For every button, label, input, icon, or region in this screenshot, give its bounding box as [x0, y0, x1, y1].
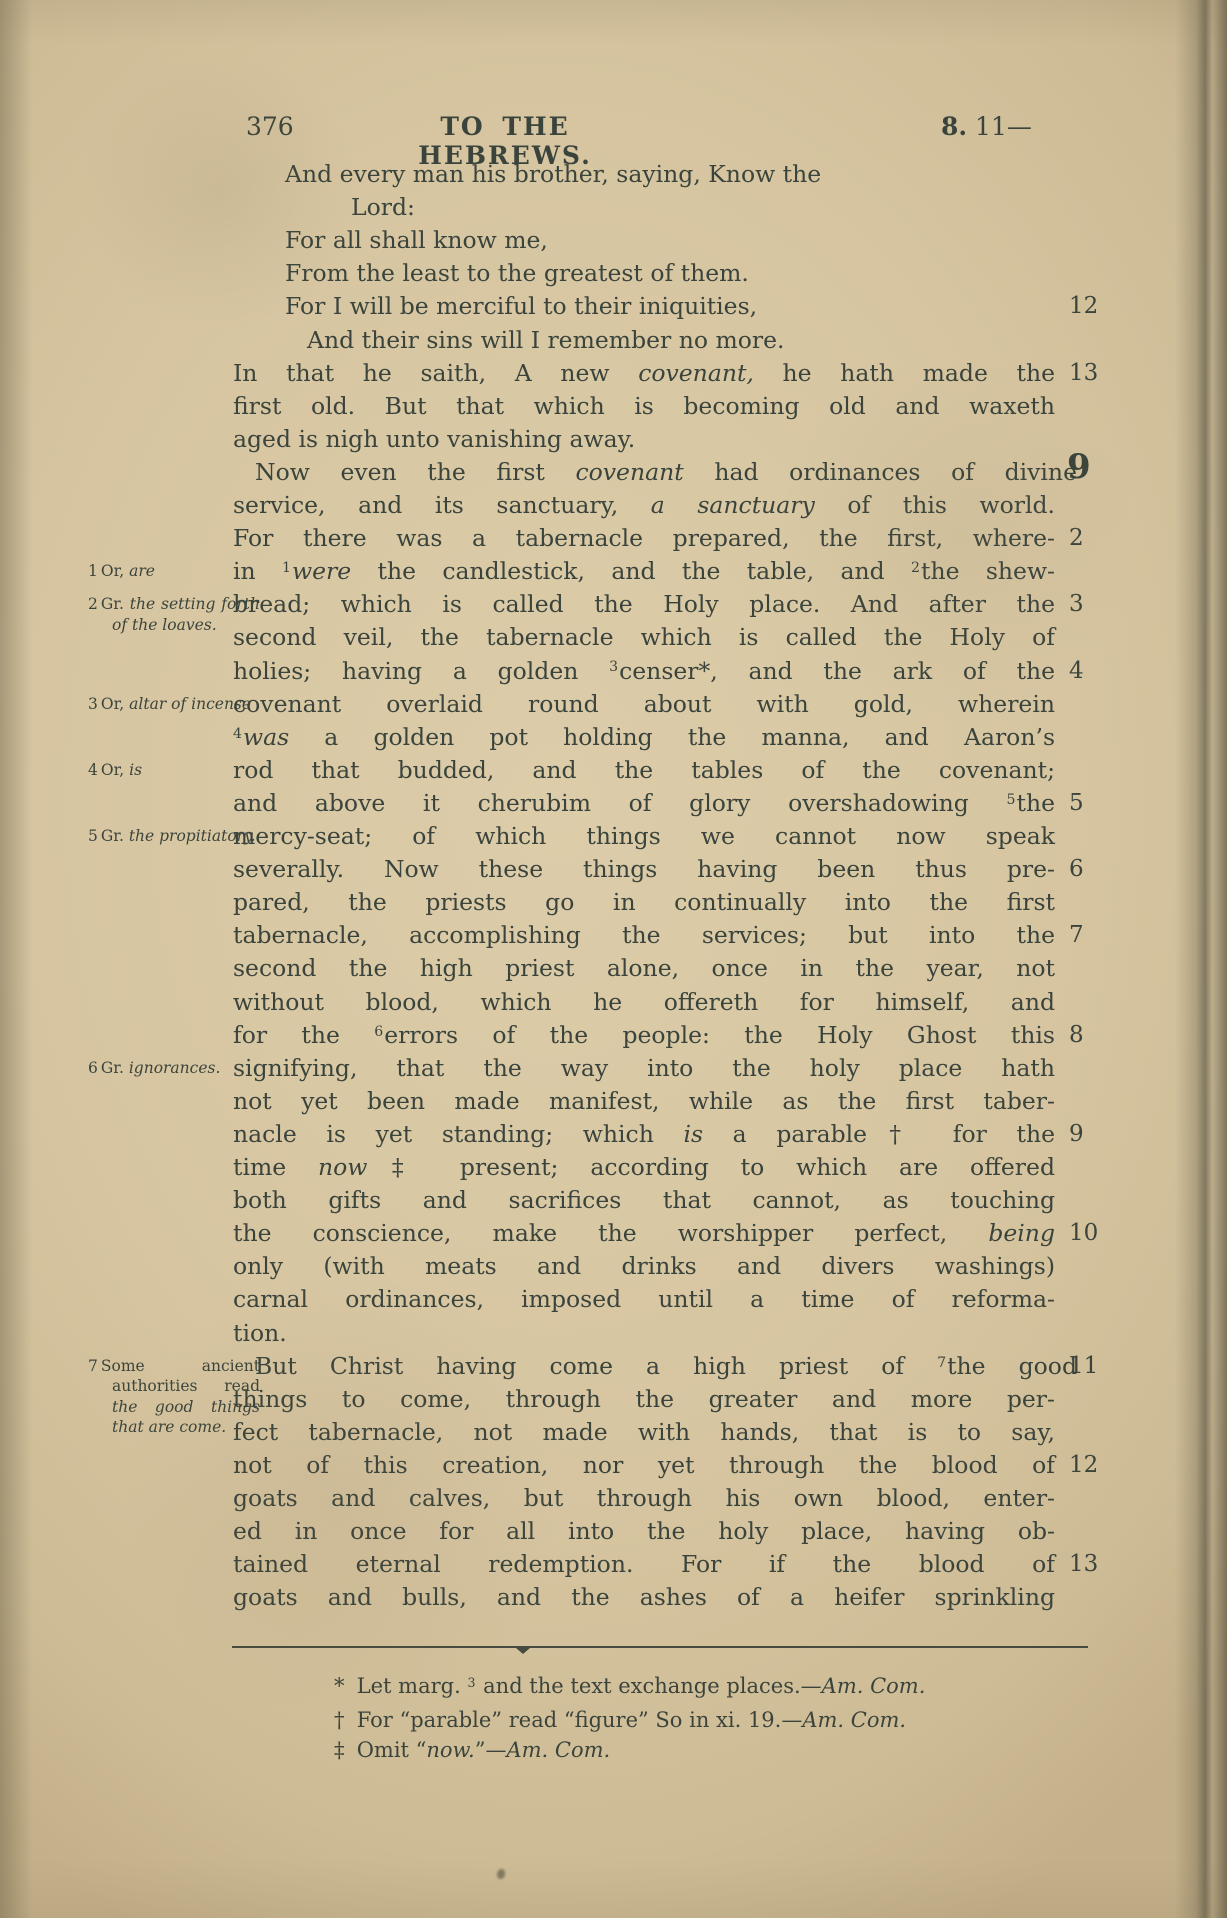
margin-note-number: 2 — [88, 595, 101, 613]
text-segment: tion. — [233, 1319, 287, 1347]
text-segment: Or, — [101, 761, 129, 779]
verse-number: 4 — [1069, 655, 1129, 688]
footnote-separator-rule — [232, 1646, 1088, 1648]
verse-number: 5 — [1069, 787, 1129, 820]
verse-number: 11 — [1069, 1350, 1129, 1383]
text-segment: ”— — [475, 1738, 507, 1762]
text-segment: Gr. — [101, 1059, 129, 1077]
text-line: tabernacle, accomplishing the services; … — [233, 919, 1055, 953]
footnote: † For “parable” read “figure” So in xi. … — [334, 1705, 1094, 1736]
verse-number: 3 — [1069, 588, 1129, 621]
verse-number: 8 — [1069, 1019, 1129, 1052]
text-segment: for the — [233, 1021, 374, 1049]
footnote-mark: ‡ — [334, 1735, 350, 1766]
text-segment: tabernacle, accomplishing the services; … — [233, 921, 1055, 949]
text-segment: covenant overlaid round about with gold,… — [233, 690, 1055, 718]
text-line: only (with meats and drinks and divers w… — [233, 1250, 1055, 1284]
page-left-edge-shadow — [0, 0, 32, 1918]
text-line: 4was a golden pot holding the manna, and… — [233, 721, 1055, 755]
text-segment: in — [233, 557, 282, 585]
text-line: for the 6errors of the people: the Holy … — [233, 1019, 1055, 1053]
text-segment: not yet been made manifest, while as the… — [233, 1087, 1055, 1115]
note-reference-superscript: 3 — [609, 659, 618, 675]
text-segment: censer*, and the ark of the — [619, 657, 1055, 685]
text-segment: the candlestick, and the table, and — [351, 557, 911, 585]
footnote-mark: * — [334, 1671, 350, 1702]
italic-text: were — [292, 557, 351, 585]
verse-number: 13 — [1069, 357, 1129, 390]
text-line: aged is nigh unto vanishing away. — [233, 423, 1055, 457]
verse-number: 6 — [1069, 853, 1129, 886]
text-line: For all shall know me, — [233, 224, 1107, 258]
text-line: But Christ having come a high priest of … — [233, 1350, 1077, 1384]
text-segment: the conscience, make the worshipper perf… — [233, 1219, 988, 1247]
text-line: holies; having a golden 3censer*, and th… — [233, 655, 1055, 689]
chapter-number: 9 — [1067, 451, 1127, 484]
text-line: without blood, which he offereth for him… — [233, 986, 1055, 1020]
text-segment: holies; having a golden — [233, 657, 609, 685]
text-line: the conscience, make the worshipper perf… — [233, 1217, 1055, 1251]
note-reference-superscript: 4 — [233, 726, 242, 742]
text-segment: For all shall know me, — [285, 226, 548, 254]
italic-text: now — [318, 1153, 367, 1181]
text-segment: tained eternal redemption. For if the bl… — [233, 1550, 1055, 1578]
text-line: second veil, the tabernacle which is cal… — [233, 621, 1055, 655]
text-segment: mercy-seat; of which things we cannot no… — [233, 822, 1055, 850]
text-segment: a parable† for the — [703, 1120, 1055, 1148]
text-line: goats and calves, but through his own bl… — [233, 1482, 1055, 1516]
text-segment: For I will be merciful to their iniquiti… — [285, 292, 757, 320]
text-segment: For there was a tabernacle prepared, the… — [233, 524, 1055, 552]
text-segment: and the text exchange places.— — [476, 1674, 821, 1698]
verse-number: 13 — [1069, 1548, 1129, 1581]
text-line: and above it cherubim of glory overshado… — [233, 787, 1055, 821]
text-segment: second veil, the tabernacle which is cal… — [233, 623, 1055, 651]
text-segment: signifying, that the way into the holy p… — [233, 1054, 1055, 1082]
text-line: severally. Now these things having been … — [233, 853, 1055, 887]
italic-text: Am. Com. — [822, 1674, 926, 1698]
text-line: In that he saith, A new covenant, he hat… — [233, 357, 1055, 391]
text-line: pared, the priests go in continually int… — [233, 886, 1055, 920]
text-line: Now even the first covenant had ordinanc… — [233, 456, 1077, 490]
text-segment: errors of the people: the Holy Ghost thi… — [384, 1021, 1055, 1049]
text-segment: goats and calves, but through his own bl… — [233, 1484, 1055, 1512]
verse-reference-chapter: 8. — [941, 112, 967, 141]
text-segment: Omit “ — [357, 1738, 427, 1762]
text-segment: ‡ present; according to which are offere… — [367, 1153, 1055, 1181]
text-line: goats and bulls, and the ashes of a heif… — [233, 1581, 1055, 1615]
text-line: in 1were the candlestick, and the table,… — [233, 555, 1055, 589]
text-segment: severally. Now these things having been … — [233, 855, 1055, 883]
text-segment: carnal ordinances, imposed until a time … — [233, 1285, 1055, 1313]
text-segment: For “parable” read “figure” So in xi. 19… — [357, 1708, 803, 1732]
text-segment: In that he saith, A new — [233, 359, 638, 387]
text-line: things to come, through the greater and … — [233, 1383, 1055, 1417]
text-segment: first old. But that which is becoming ol… — [233, 392, 1055, 420]
footnote: * Let marg. 3 and the text exchange plac… — [334, 1671, 1094, 1705]
text-line: tion. — [233, 1317, 1055, 1351]
text-line: service, and its sanctuary, a sanctuary … — [233, 489, 1055, 523]
text-segment: time — [233, 1153, 318, 1181]
text-line: first old. But that which is becoming ol… — [233, 390, 1055, 424]
margin-note-number: 5 — [88, 827, 101, 845]
page-number: 376 — [246, 112, 294, 141]
text-segment: of this world. — [815, 491, 1055, 519]
italic-text: is — [129, 761, 142, 779]
note-reference-superscript: 7 — [937, 1355, 946, 1371]
book-page-scan: 376 TO THE HEBREWS. 8. 11— 1Or, are2Gr. … — [0, 0, 1227, 1918]
scripture-text-column: And every man his brother, saying, Know … — [233, 158, 1055, 1618]
note-reference-superscript: 3 — [467, 1675, 475, 1690]
note-reference-superscript: 5 — [1007, 792, 1016, 808]
separator-center-notch — [516, 1648, 530, 1654]
text-segment: service, and its sanctuary, — [233, 491, 651, 519]
italic-text: now. — [426, 1738, 474, 1762]
text-segment: and above it cherubim of glory overshado… — [233, 789, 1007, 817]
italic-text: is — [683, 1120, 703, 1148]
italic-text: ignorances. — [129, 1059, 221, 1077]
text-line: both gifts and sacrifices that cannot, a… — [233, 1184, 1055, 1218]
text-segment: But Christ having come a high priest of — [255, 1352, 937, 1380]
text-segment: both gifts and sacrifices that cannot, a… — [233, 1186, 1055, 1214]
note-reference-superscript: 1 — [282, 560, 291, 576]
text-line: And their sins will I remember no more. — [233, 324, 1129, 358]
verse-reference-verses: 11— — [967, 112, 1032, 141]
text-line: covenant overlaid round about with gold,… — [233, 688, 1055, 722]
verse-number: 12 — [1069, 290, 1129, 323]
note-reference-superscript: 6 — [374, 1024, 383, 1040]
text-line: And every man his brother, saying, Know … — [233, 158, 1107, 192]
text-segment: had ordinances of divine — [684, 458, 1077, 486]
text-segment: Gr. — [101, 827, 129, 845]
text-line: ed in once for all into the holy place, … — [233, 1515, 1055, 1549]
text-segment: And every man his brother, saying, Know … — [285, 160, 821, 188]
verse-number: 10 — [1069, 1217, 1129, 1250]
footnote: ‡ Omit “now.”—Am. Com. — [334, 1735, 1094, 1766]
text-segment: Let marg. — [357, 1674, 468, 1698]
text-segment: pared, the priests go in continually int… — [233, 888, 1055, 916]
text-segment: second the high priest alone, once in th… — [233, 954, 1055, 982]
text-line: nacle is yet standing; which is a parabl… — [233, 1118, 1055, 1152]
page-header: 376 TO THE HEBREWS. 8. 11— — [0, 112, 1227, 152]
text-segment: Or, — [101, 695, 129, 713]
margin-note-number: 7 — [88, 1357, 101, 1375]
text-line: not yet been made manifest, while as the… — [233, 1085, 1055, 1119]
text-line: carnal ordinances, imposed until a time … — [233, 1283, 1055, 1317]
text-segment: bread; which is called the Holy place. A… — [233, 590, 1055, 618]
italic-text: was — [243, 723, 289, 751]
printers-mark — [497, 1869, 505, 1879]
text-line: time now‡ present; according to which ar… — [233, 1151, 1055, 1185]
text-segment: not of this creation, nor yet through th… — [233, 1451, 1055, 1479]
text-segment: aged is nigh unto vanishing away. — [233, 425, 635, 453]
text-segment: the — [1017, 789, 1056, 817]
text-segment: Or, — [101, 562, 129, 580]
note-reference-superscript: 2 — [911, 560, 920, 576]
text-segment: And their sins will I remember no more. — [307, 326, 785, 354]
text-segment: the shew- — [921, 557, 1055, 585]
text-line: For I will be merciful to their iniquiti… — [233, 290, 1107, 324]
italic-text: a sanctuary — [651, 491, 815, 519]
italic-text: covenant, — [638, 359, 754, 387]
text-line: second the high priest alone, once in th… — [233, 952, 1055, 986]
text-segment: the good — [947, 1352, 1077, 1380]
text-segment: a golden pot holding the manna, and Aaro… — [289, 723, 1055, 751]
text-segment: Now even the first — [255, 458, 575, 486]
margin-note-number: 6 — [88, 1059, 101, 1077]
text-segment: he hath made the — [754, 359, 1055, 387]
text-line: Lord: — [233, 191, 1173, 225]
footnote-mark: † — [334, 1705, 350, 1736]
text-line: From the least to the greatest of them. — [233, 257, 1107, 291]
text-segment: things to come, through the greater and … — [233, 1385, 1055, 1413]
italic-text: are — [129, 562, 155, 580]
footnotes-section: * Let marg. 3 and the text exchange plac… — [334, 1671, 1094, 1766]
text-line: bread; which is called the Holy place. A… — [233, 588, 1055, 622]
margin-note-number: 4 — [88, 761, 101, 779]
text-segment: Gr. — [101, 595, 130, 613]
margin-note-number: 3 — [88, 695, 101, 713]
text-segment: only (with meats and drinks and divers w… — [233, 1252, 1055, 1280]
text-segment: goats and bulls, and the ashes of a heif… — [233, 1583, 1055, 1611]
verse-number: 12 — [1069, 1449, 1129, 1482]
italic-text: covenant — [575, 458, 683, 486]
italic-text: Am. Com. — [506, 1738, 610, 1762]
text-line: For there was a tabernacle prepared, the… — [233, 522, 1055, 556]
verse-number: 7 — [1069, 919, 1129, 952]
text-line: mercy-seat; of which things we cannot no… — [233, 820, 1055, 854]
text-line: not of this creation, nor yet through th… — [233, 1449, 1055, 1483]
text-line: tained eternal redemption. For if the bl… — [233, 1548, 1055, 1582]
page-right-edge-shadow — [1175, 0, 1227, 1918]
text-segment: fect tabernacle, not made with hands, th… — [233, 1418, 1055, 1446]
verse-reference: 8. 11— — [941, 112, 1032, 141]
text-line: fect tabernacle, not made with hands, th… — [233, 1416, 1055, 1450]
verse-number: 9 — [1069, 1118, 1129, 1151]
italic-text: Am. Com. — [802, 1708, 906, 1732]
text-segment: rod that budded, and the tables of the c… — [233, 756, 1055, 784]
verse-number: 2 — [1069, 522, 1129, 555]
text-segment: nacle is yet standing; which — [233, 1120, 683, 1148]
text-line: rod that budded, and the tables of the c… — [233, 754, 1055, 788]
text-segment: ed in once for all into the holy place, … — [233, 1517, 1055, 1545]
margin-note-number: 1 — [88, 562, 101, 580]
text-segment: Lord: — [351, 193, 415, 221]
text-segment: From the least to the greatest of them. — [285, 259, 749, 287]
italic-text: being — [988, 1219, 1055, 1247]
text-segment: without blood, which he offereth for him… — [233, 988, 1055, 1016]
text-line: signifying, that the way into the holy p… — [233, 1052, 1055, 1086]
